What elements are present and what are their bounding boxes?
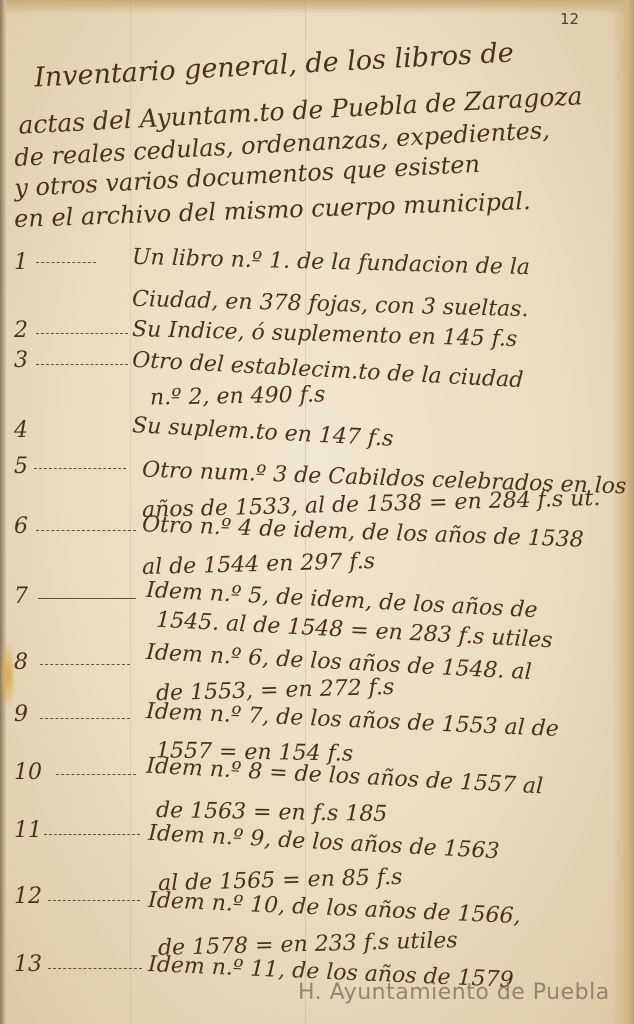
entry-line: Su suplem.to en 147 f.s — [132, 413, 395, 452]
entry-number: 12 — [14, 884, 42, 909]
entry-leader — [36, 364, 128, 365]
entry-number: 5 — [14, 454, 28, 479]
paper-edge-left — [0, 0, 6, 1024]
entry-line: Otro n.º 4 de idem, de los años de 1538 — [142, 512, 584, 552]
entry-leader — [34, 468, 126, 469]
page-number: 12 — [560, 10, 579, 28]
entry-number: 4 — [14, 418, 28, 443]
entry-number: 7 — [14, 584, 28, 609]
entry-number: 6 — [14, 514, 28, 539]
entry-number: 3 — [14, 348, 28, 373]
entry-line: Su Indice, ó suplemento en 145 f.s — [132, 317, 518, 352]
entry-line: al de 1544 en 297 f.s — [142, 549, 376, 580]
entry-line: Idem n.º 7, de los años de 1553 al de — [146, 699, 560, 742]
entry-leader — [40, 664, 130, 665]
entry-number: 10 — [14, 760, 42, 785]
title-line: Inventario general, de los libros de — [34, 37, 515, 93]
entry-number: 2 — [14, 318, 28, 343]
watermark: H. Ayuntamiento de Puebla — [298, 980, 610, 1005]
entry-leader — [44, 834, 140, 835]
entry-line: Ciudad, en 378 fojas, con 3 sueltas. — [132, 287, 529, 322]
entry-leader — [36, 530, 136, 531]
entry-leader — [40, 718, 130, 719]
paper-edge-right — [612, 0, 634, 1024]
entry-leader — [48, 900, 140, 901]
entry-number: 13 — [14, 952, 42, 977]
paper-edge-top — [0, 0, 634, 14]
entry-line: Idem n.º 10, de los años de 1566, — [148, 888, 521, 929]
entry-number: 9 — [14, 702, 28, 727]
entry-leader — [36, 262, 96, 263]
entry-line: n.º 2, en 490 f.s — [150, 382, 326, 410]
entry-leader — [36, 333, 128, 334]
entry-leader — [38, 598, 136, 599]
manuscript-page: 12 Inventario general, de los libros de … — [0, 0, 634, 1024]
entry-number: 8 — [14, 650, 28, 675]
entry-line: Un libro n.º 1. de la fundacion de la — [132, 245, 531, 280]
entry-number: 11 — [14, 818, 42, 843]
entry-leader — [48, 968, 142, 969]
entry-line: Idem n.º 9, de los años de 1563 — [148, 821, 501, 864]
entry-leader — [56, 774, 136, 775]
entry-number: 1 — [14, 250, 28, 275]
